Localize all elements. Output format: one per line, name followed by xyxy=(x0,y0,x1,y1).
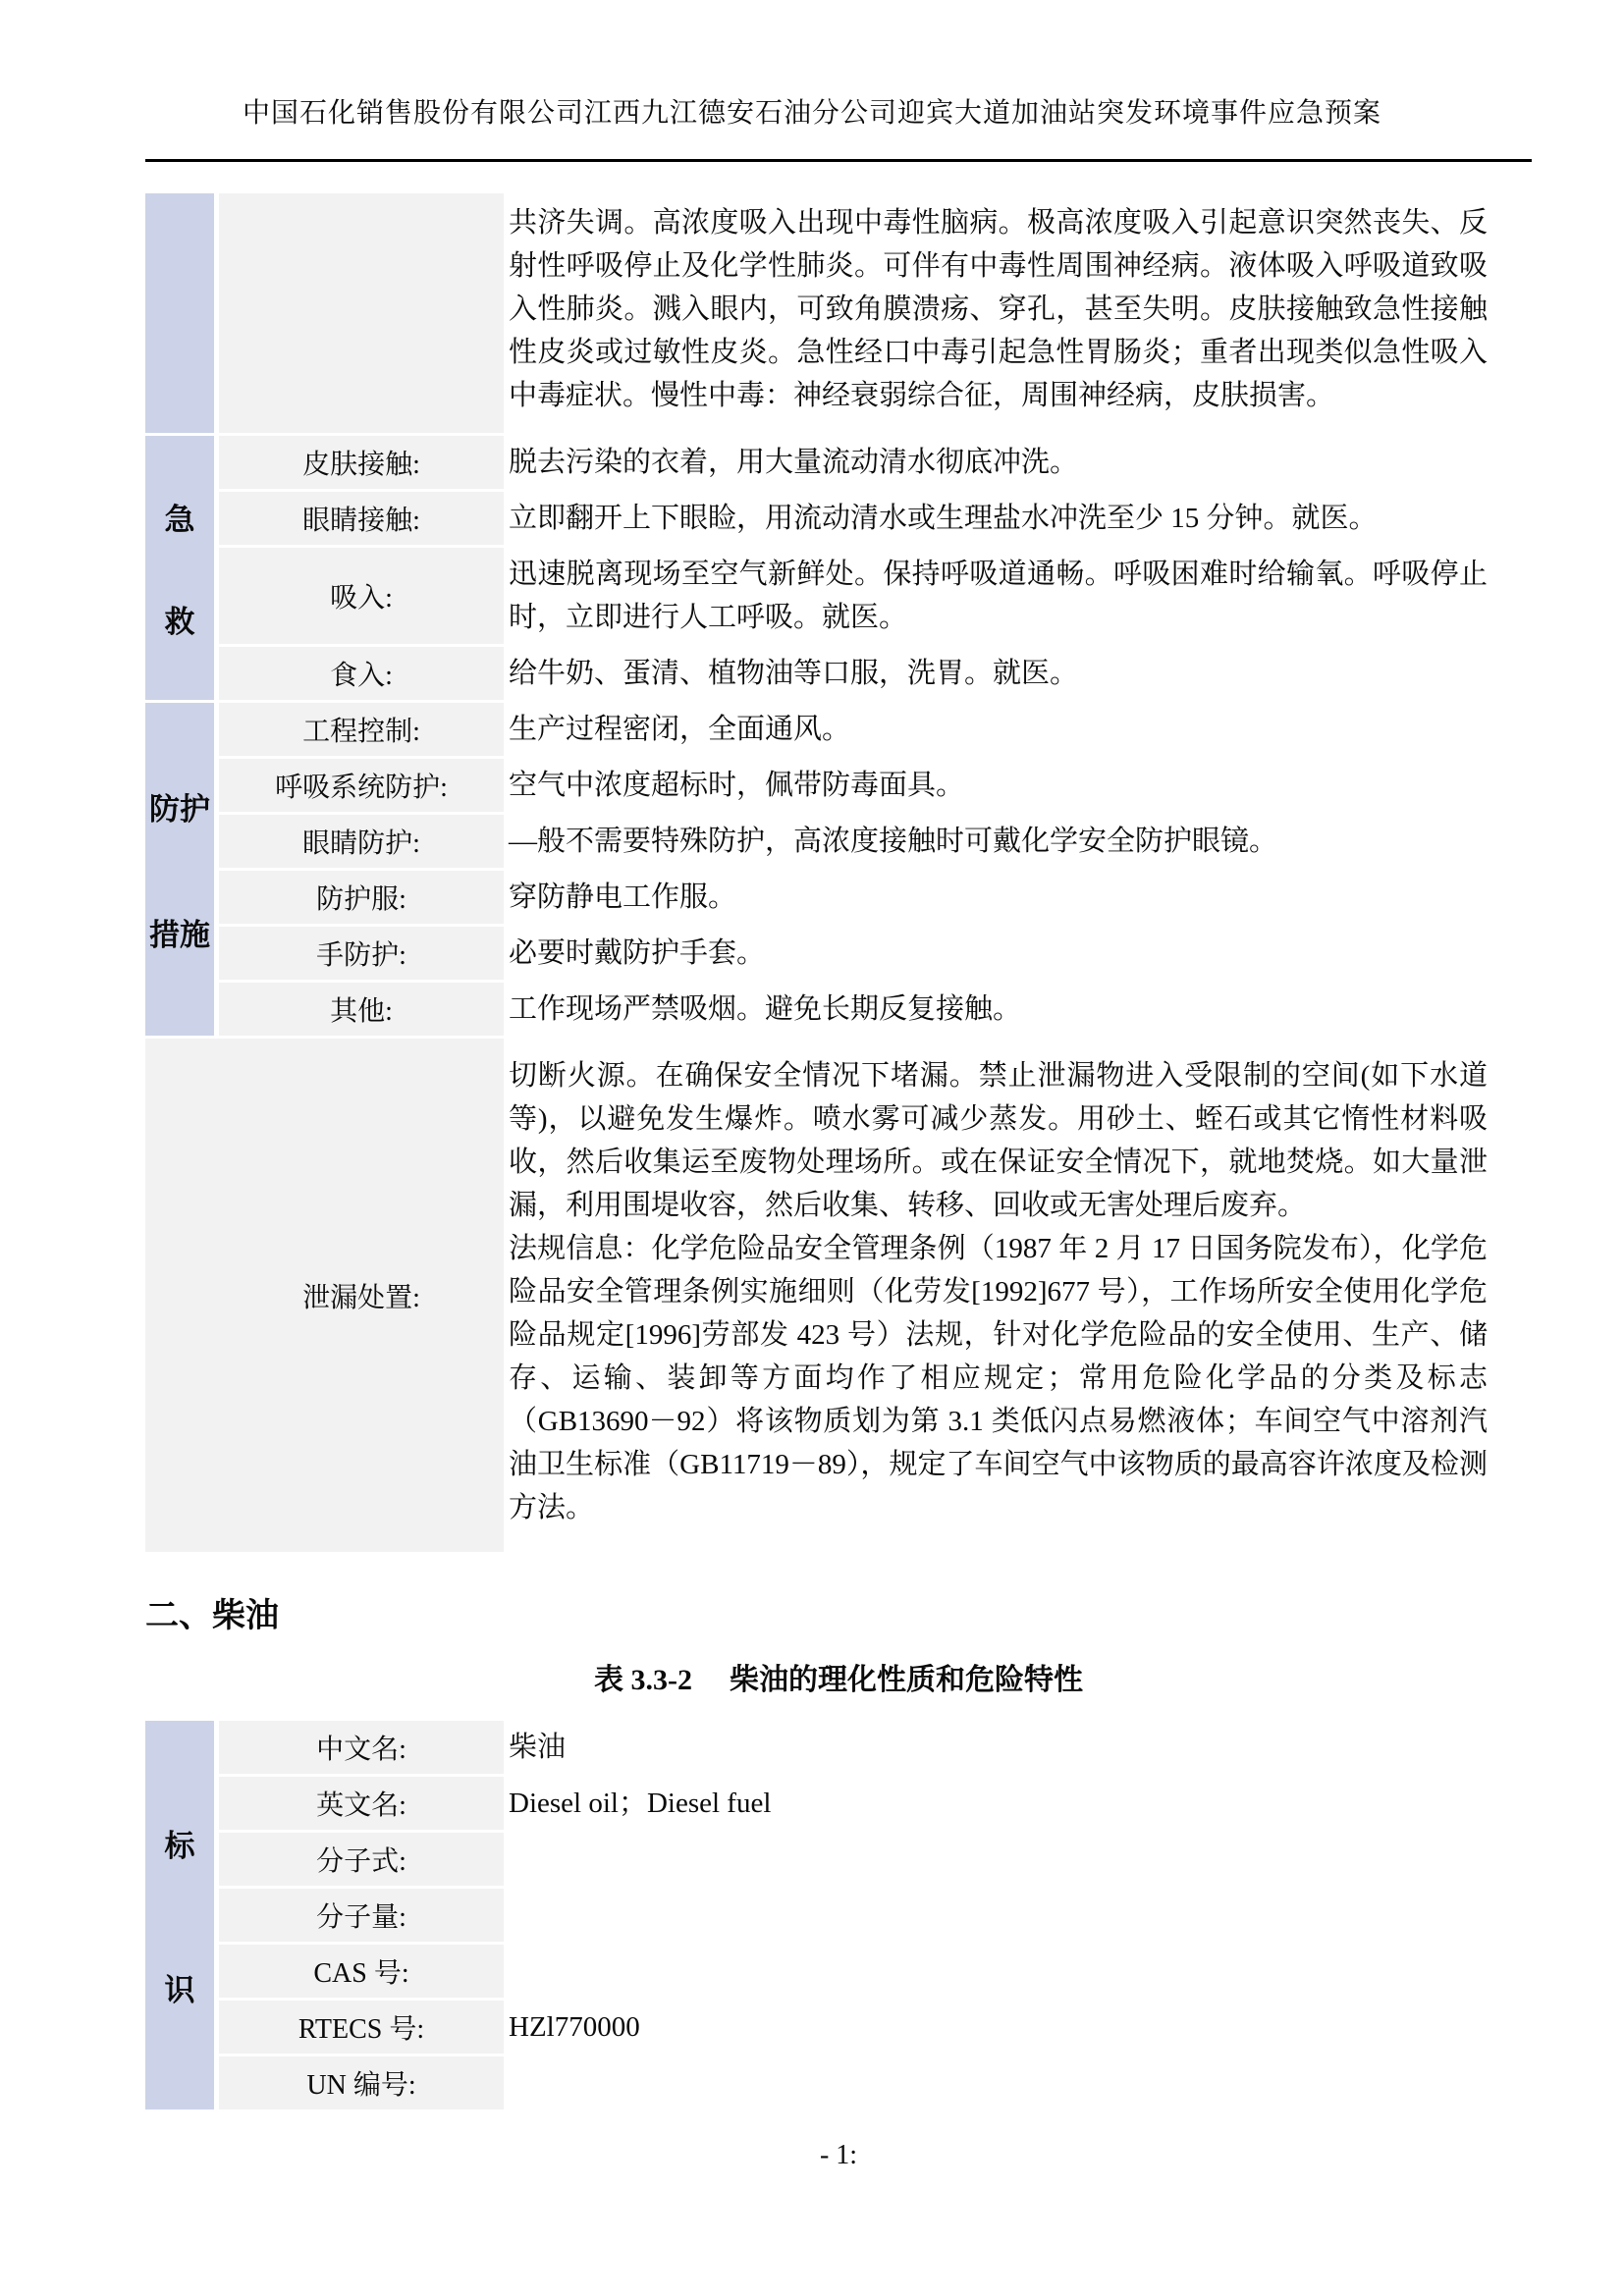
diesel-table-caption: 表 3.3-2柴油的理化性质和危险特性 xyxy=(145,1660,1532,1701)
row-value xyxy=(509,1945,1532,1998)
table-row: 英文名: Diesel oil；Diesel fuel xyxy=(219,1777,1532,1830)
page-header-title: 中国石化销售股份有限公司江西九江德安石油分公司迎宾大道加油站突发环境事件应急预案 xyxy=(59,94,1565,133)
row-label: 英文名: xyxy=(219,1777,504,1830)
row-label: 吸入: xyxy=(219,548,504,644)
row-value: 立即翻开上下眼睑，用流动清水或生理盐水冲洗至少 15 分钟。就医。 xyxy=(509,492,1532,545)
diesel-identification-table: 标 识 中文名: 柴油 英文名: Diesel oil；Diesel fuel … xyxy=(145,1721,1532,2109)
table-row: 分子量: xyxy=(219,1889,1532,1942)
spill-paragraph-1: 切断火源。在确保安全情况下堵漏。禁止泄漏物进入受限制的空间(如下水道等)，以避免… xyxy=(509,1054,1488,1227)
header-rule xyxy=(145,159,1532,162)
row-value xyxy=(509,1889,1532,1942)
row-value xyxy=(509,1833,1532,1886)
row-value: 必要时戴防护手套。 xyxy=(509,927,1532,980)
row-label: 分子式: xyxy=(219,1833,504,1886)
row-value: Diesel oil；Diesel fuel xyxy=(509,1777,1532,1830)
table-row: 防护服: 穿防静电工作服。 xyxy=(219,871,1532,924)
row-label: CAS 号: xyxy=(219,1945,504,1998)
table-row: 手防护: 必要时戴防护手套。 xyxy=(219,927,1532,980)
hazard-property-table: 共济失调。高浓度吸入出现中毒性脑病。极高浓度吸入引起意识突然丧失、反射性呼吸停止… xyxy=(145,193,1532,1552)
first-aid-section: 急 救 皮肤接触: 脱去污染的衣着，用大量流动清水彻底冲洗。 眼睛接触: 立即翻… xyxy=(145,436,1532,700)
row-label: 食入: xyxy=(219,647,504,700)
footer-page-number: - 1: xyxy=(145,2136,1532,2175)
spill-paragraph-2: 法规信息：化学危险品安全管理条例（1987 年 2 月 17 日国务院发布），化… xyxy=(509,1227,1488,1529)
row-label: 中文名: xyxy=(219,1721,504,1774)
spill-disposal-row: 泄漏处置: 切断火源。在确保安全情况下堵漏。禁止泄漏物进入受限制的空间(如下水道… xyxy=(145,1039,1532,1552)
protection-rows: 工程控制: 生产过程密闭，全面通风。 呼吸系统防护: 空气中浓度超标时，佩带防毒… xyxy=(219,703,1532,1036)
first-aid-category-cell: 急 救 xyxy=(145,436,214,700)
row-value xyxy=(509,2056,1532,2109)
category-char: 急 xyxy=(165,495,195,539)
row-value: 工作现场严禁吸烟。避免长期反复接触。 xyxy=(509,983,1532,1036)
row-label: 工程控制: xyxy=(219,703,504,756)
identification-category-cell: 标 识 xyxy=(145,1721,214,2109)
row-label: 手防护: xyxy=(219,927,504,980)
table-row: 中文名: 柴油 xyxy=(219,1721,1532,1774)
first-aid-rows: 皮肤接触: 脱去污染的衣着，用大量流动清水彻底冲洗。 眼睛接触: 立即翻开上下眼… xyxy=(219,436,1532,700)
category-char: 标 xyxy=(165,1821,195,1865)
row-value: 穿防静电工作服。 xyxy=(509,871,1532,924)
category-cell-empty xyxy=(145,193,214,433)
category-char: 措施 xyxy=(149,910,210,954)
health-hazard-text: 共济失调。高浓度吸入出现中毒性脑病。极高浓度吸入引起意识突然丧失、反射性呼吸停止… xyxy=(509,193,1532,433)
identification-section: 标 识 中文名: 柴油 英文名: Diesel oil；Diesel fuel … xyxy=(145,1721,1532,2109)
table-row: 皮肤接触: 脱去污染的衣着，用大量流动清水彻底冲洗。 xyxy=(219,436,1532,489)
row-value: —般不需要特殊防护，高浓度接触时可戴化学安全防护眼镜。 xyxy=(509,815,1532,868)
row-value: 迅速脱离现场至空气新鲜处。保持呼吸道通畅。呼吸困难时给输氧。呼吸停止时，立即进行… xyxy=(509,548,1532,644)
table-row: 工程控制: 生产过程密闭，全面通风。 xyxy=(219,703,1532,756)
row-value: 空气中浓度超标时，佩带防毒面具。 xyxy=(509,759,1532,812)
row-label: 眼睛接触: xyxy=(219,492,504,545)
row-label: RTECS 号: xyxy=(219,2001,504,2054)
row-label: 分子量: xyxy=(219,1889,504,1942)
spill-disposal-text: 切断火源。在确保安全情况下堵漏。禁止泄漏物进入受限制的空间(如下水道等)，以避免… xyxy=(509,1039,1532,1552)
table-row: 呼吸系统防护: 空气中浓度超标时，佩带防毒面具。 xyxy=(219,759,1532,812)
protection-category-cell: 防护 措施 xyxy=(145,703,214,1036)
table-row: 吸入: 迅速脱离现场至空气新鲜处。保持呼吸道通畅。呼吸困难时给输氧。呼吸停止时，… xyxy=(219,548,1532,644)
row-label: 其他: xyxy=(219,983,504,1036)
diesel-section-heading: 二、柴油 xyxy=(145,1593,1624,1640)
row-label: UN 编号: xyxy=(219,2056,504,2109)
table-row: 分子式: xyxy=(219,1833,1532,1886)
table-row: CAS 号: xyxy=(219,1945,1532,1998)
identification-rows: 中文名: 柴油 英文名: Diesel oil；Diesel fuel 分子式:… xyxy=(219,1721,1532,2109)
table-caption-title: 柴油的理化性质和危险特性 xyxy=(730,1664,1083,1696)
table-row: RTECS 号: HZl770000 xyxy=(219,2001,1532,2054)
table-caption-number: 表 3.3-2 xyxy=(594,1664,692,1696)
row-label: 呼吸系统防护: xyxy=(219,759,504,812)
table-row: 眼睛接触: 立即翻开上下眼睑，用流动清水或生理盐水冲洗至少 15 分钟。就医。 xyxy=(219,492,1532,545)
spill-disposal-label: 泄漏处置: xyxy=(145,1039,504,1552)
row-label: 眼睛防护: xyxy=(219,815,504,868)
table-row: 其他: 工作现场严禁吸烟。避免长期反复接触。 xyxy=(219,983,1532,1036)
category-char: 防护 xyxy=(149,784,210,828)
row-value: 脱去污染的衣着，用大量流动清水彻底冲洗。 xyxy=(509,436,1532,489)
row-label: 防护服: xyxy=(219,871,504,924)
row-value: 柴油 xyxy=(509,1721,1532,1774)
health-hazard-continuation-row: 共济失调。高浓度吸入出现中毒性脑病。极高浓度吸入引起意识突然丧失、反射性呼吸停止… xyxy=(145,193,1532,433)
row-label: 皮肤接触: xyxy=(219,436,504,489)
protection-section: 防护 措施 工程控制: 生产过程密闭，全面通风。 呼吸系统防护: 空气中浓度超标… xyxy=(145,703,1532,1036)
row-value: HZl770000 xyxy=(509,2001,1532,2054)
row-value: 给牛奶、蛋清、植物油等口服，洗胃。就医。 xyxy=(509,647,1532,700)
table-row: UN 编号: xyxy=(219,2056,1532,2109)
category-char: 识 xyxy=(165,1965,195,2009)
category-char: 救 xyxy=(165,597,195,641)
table-row: 眼睛防护: —般不需要特殊防护，高浓度接触时可戴化学安全防护眼镜。 xyxy=(219,815,1532,868)
table-row: 食入: 给牛奶、蛋清、植物油等口服，洗胃。就医。 xyxy=(219,647,1532,700)
row-value: 生产过程密闭，全面通风。 xyxy=(509,703,1532,756)
label-cell-empty xyxy=(219,193,504,433)
